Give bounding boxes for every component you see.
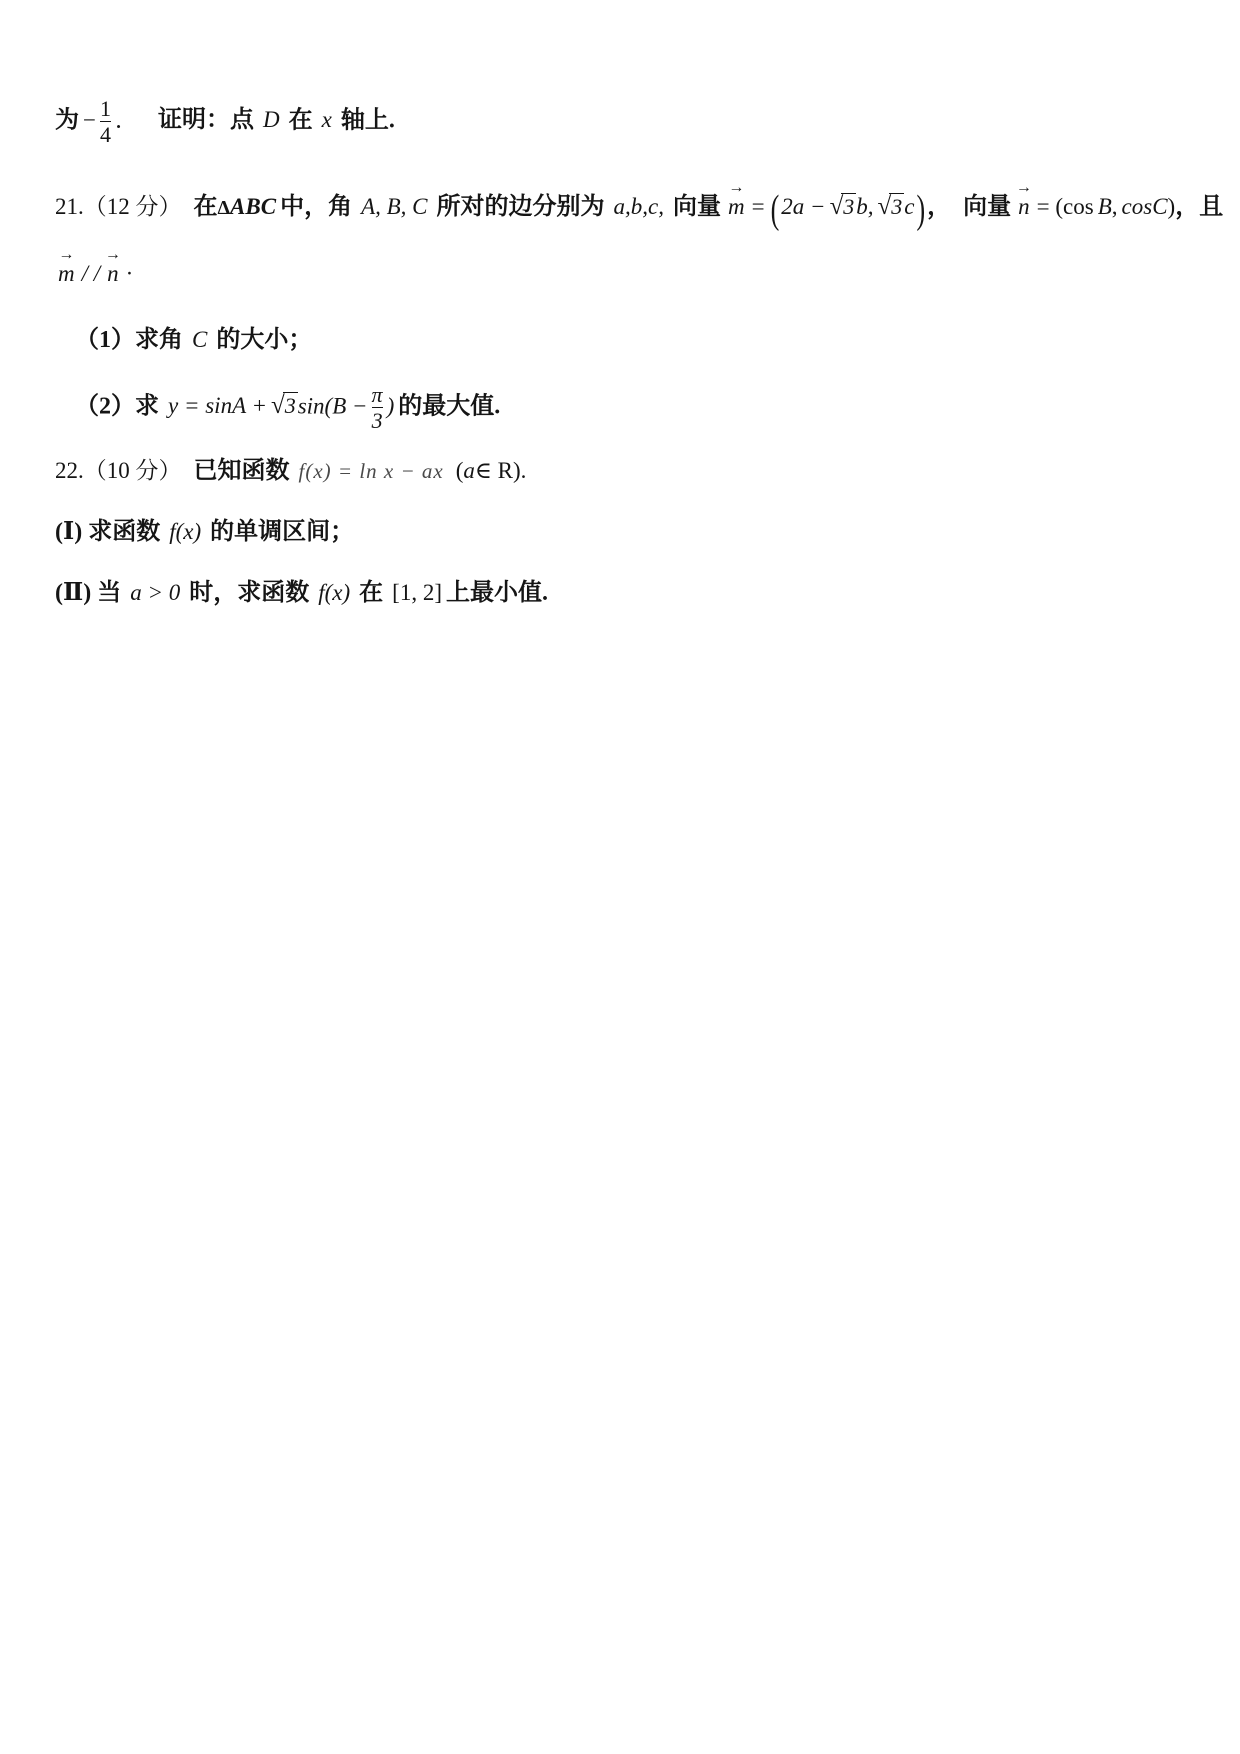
q22-part1-pre: (Ⅰ) 求函数 — [55, 519, 160, 545]
q21-vector-label-1: 向量 — [673, 194, 721, 220]
q21-number: 21.（12 分） — [55, 194, 182, 219]
proof-body-text: 证明：点 — [158, 107, 254, 133]
q21-vector-parallel-line: →m / / →n · — [55, 247, 1180, 287]
q21-term-2a: 2a − — [781, 194, 825, 219]
q21-part2-pre: （2）求 — [75, 393, 159, 419]
q22-part1-line: (Ⅰ) 求函数 f(x) 的单调区间； — [55, 511, 1180, 546]
sqrt-3b: √3 — [830, 201, 857, 218]
q21-part2-expr2: sin(B − — [298, 393, 368, 418]
math-var-C: C — [192, 327, 207, 352]
vector-m: →m — [728, 194, 745, 220]
vector-n: →n — [107, 261, 119, 287]
radicand-3: 3 — [889, 193, 904, 220]
fraction-denominator: 3 — [372, 407, 383, 433]
q21-n-var-B: B — [1098, 194, 1112, 219]
q21-part1-post: 的大小； — [216, 327, 312, 353]
proof-zai-text: 在 — [289, 107, 313, 133]
fraction-pi-3: π3 — [372, 382, 383, 434]
math-var-x: x — [322, 107, 332, 132]
q22-domain-var-a: a — [463, 458, 475, 483]
q22-part2-zai: 在 — [359, 580, 383, 606]
q21-term-b: b, — [856, 194, 873, 219]
period: ． — [115, 107, 138, 132]
vector-n-letter: n — [1018, 194, 1030, 219]
math-var-D: D — [263, 107, 280, 132]
vector-m-letter: m — [728, 194, 745, 219]
q21-part1-pre: （1）求角 — [75, 327, 183, 353]
radicand-3: 3 — [283, 392, 298, 419]
q21-part2-expr1: y = sinA + — [168, 393, 267, 418]
vector-arrow-icon: → — [1016, 179, 1032, 197]
fraction-numerator: π — [372, 382, 383, 407]
parallel-slashes: / / — [82, 261, 101, 286]
q21-n-equation-pre: = (cos — [1037, 194, 1094, 219]
q22-part2-condition: a > 0 — [130, 580, 180, 605]
q22-part2-post: 上最小值. — [446, 580, 548, 606]
q21-sides-text: 所对的边分别为 — [437, 194, 605, 220]
q22-domain-rest: ∈ R). — [475, 458, 527, 483]
q21-vector-label-2: 向量 — [963, 194, 1011, 220]
q21-term-c: c — [904, 194, 914, 219]
q21-n-comma: , — [1112, 194, 1118, 219]
exam-page: 为 −14． 证明：点 D 在 x 轴上. 21.（12 分） 在ΔABC 中，… — [0, 0, 1240, 607]
q21-n-cosC: cosC — [1122, 194, 1168, 219]
equals-sign: = — [752, 194, 765, 219]
q21-triangle-abc: ABC — [230, 194, 276, 219]
vector-m-letter: m — [58, 261, 75, 286]
q22-part2-pre: (Ⅱ) 当 — [55, 580, 121, 606]
proof-statement-line: 为 −14． 证明：点 D 在 x 轴上. — [55, 98, 1180, 150]
q21-angle-vars: A, B, C — [361, 194, 427, 219]
vector-n: →n — [1018, 194, 1030, 220]
sqrt-3: √3 — [271, 400, 298, 417]
triangle-symbol: Δ — [218, 197, 231, 219]
vector-arrow-icon: → — [728, 179, 744, 197]
fraction-denominator: 4 — [100, 121, 111, 147]
sqrt-3c: √3 — [878, 201, 905, 218]
q22-part1-post: 的单调区间； — [210, 519, 354, 545]
q22-part2-interval: [1, 2] — [392, 580, 442, 605]
q21-side-vars: a,b,c, — [614, 194, 664, 219]
sentence-dot: · — [126, 261, 134, 286]
q21-part2-post: 的最大值. — [398, 393, 500, 419]
q21-comma: ， — [927, 194, 951, 220]
q22-part2-fx: f(x) — [318, 580, 350, 605]
minus-sign: − — [83, 107, 96, 132]
proof-wei-text: 为 — [55, 107, 79, 133]
fraction-numerator: 1 — [100, 96, 111, 121]
vector-arrow-icon: → — [105, 246, 121, 264]
vector-n-letter: n — [107, 261, 119, 286]
q21-part2-line: （2）求 y = sinA + √3sin(B −π3) 的最大值. — [75, 384, 1180, 436]
right-paren: ) — [917, 187, 926, 234]
vector-m: →m — [58, 261, 75, 287]
q21-part1-line: （1）求角 C 的大小； — [75, 319, 1180, 354]
radicand-3: 3 — [841, 193, 856, 220]
q21-zhong-jiao-text: 中，角 — [280, 194, 352, 220]
q22-function-definition: f(x) = ln x − ax — [299, 459, 444, 483]
q21-part2-right-paren: ) — [387, 393, 395, 418]
left-paren: ( — [771, 187, 780, 234]
q22-part2-line: (Ⅱ) 当 a > 0 时，求函数 f(x) 在 [1, 2] 上最小值. — [55, 572, 1180, 607]
q21-header-line: 21.（12 分） 在ΔABC 中，角 A, B, C 所对的边分别为 a,b,… — [55, 172, 1180, 225]
q21-qie-text: ，且 — [1175, 194, 1223, 220]
fraction-1-4: 14 — [100, 96, 111, 148]
q22-part1-fx: f(x) — [169, 519, 201, 544]
q22-header-line: 22.（10 分） 已知函数 f(x) = ln x − ax (a∈ R). — [55, 450, 1180, 485]
q22-intro-text: 已知函数 — [194, 458, 290, 484]
proof-tail-text: 轴上. — [341, 107, 395, 133]
q21-zai-text: 在 — [194, 194, 218, 220]
q22-part2-mid: 时，求函数 — [189, 580, 309, 606]
q22-number: 22.（10 分） — [55, 458, 182, 483]
vector-arrow-icon: → — [58, 246, 74, 264]
